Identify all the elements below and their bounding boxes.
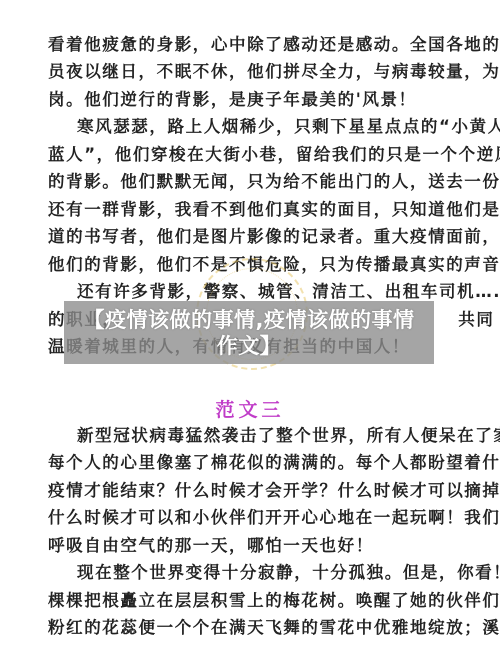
text-line: 寒风瑟瑟，路上人烟稀少，只剩下星星点点的“小黄人”“小 — [77, 117, 487, 137]
text-line: 什么时候才可以和小伙伴们开开心心地在一起玩啊！我们盼望着 — [48, 508, 458, 528]
text-line: 棵棵把根矗立在层层积雪上的梅花树。唤醒了她的伙伴们，那些 — [48, 591, 458, 611]
section-heading: 范文三 — [0, 395, 500, 422]
text-line: 道的书写者，他们是图片影像的记录者。重大疫情面前，总会有 — [48, 227, 458, 247]
text-line: 还有一群背影，我看不到他们真实的面目，只知道他们是新闻报 — [48, 200, 458, 220]
text-line: 看着他疲惫的身影，心中除了感动还是感动。全国各地的医护人 — [48, 35, 458, 55]
title-banner-overlay: 【疫情该做的事情,疫情该做的事情作文】 — [64, 301, 434, 364]
text-line: 新型冠状病毒猛然袭击了整个世界，所有人便呆在了家里， — [77, 426, 487, 446]
text-line: 员夜以继日，不眠不休，他们拼尽全力，与病毒较量，为生命站 — [48, 62, 458, 82]
text-line: 呼吸自由空气的那一天，哪怕一天也好！ — [48, 536, 458, 556]
text-line: 的背影。他们默默无闻，只为给不能出门的人，送去一份温暖！ — [48, 172, 458, 192]
text-line: 疫情才能结束？什么时候才会开学？什么时候才可以摘掉口罩？ — [48, 481, 458, 501]
document-page: 看着他疲惫的身影，心中除了感动还是感动。全国各地的医护人 员夜以继日，不眠不休，… — [0, 0, 500, 666]
text-line: 岗。他们逆行的背影，是庚子年最美的'风景！ — [48, 90, 458, 110]
text-line: 蓝人”，他们穿梭在大街小巷，留给我们的只是一个个逆风骑行 — [48, 145, 458, 165]
banner-title: 【疫情该做的事情,疫情该做的事情作文】 — [74, 307, 424, 359]
text-line: 每个人的心里像塞了棉花似的满满的。每个人都盼望着什么时候 — [48, 453, 458, 473]
text-line: 粉红的花蕊便一个个在满天飞舞的雪花中优雅地绽放；溪水便开 — [48, 618, 458, 638]
text-line: 现在整个世界变得十分寂静，十分孤独。但是，你看！在一 — [77, 563, 487, 583]
